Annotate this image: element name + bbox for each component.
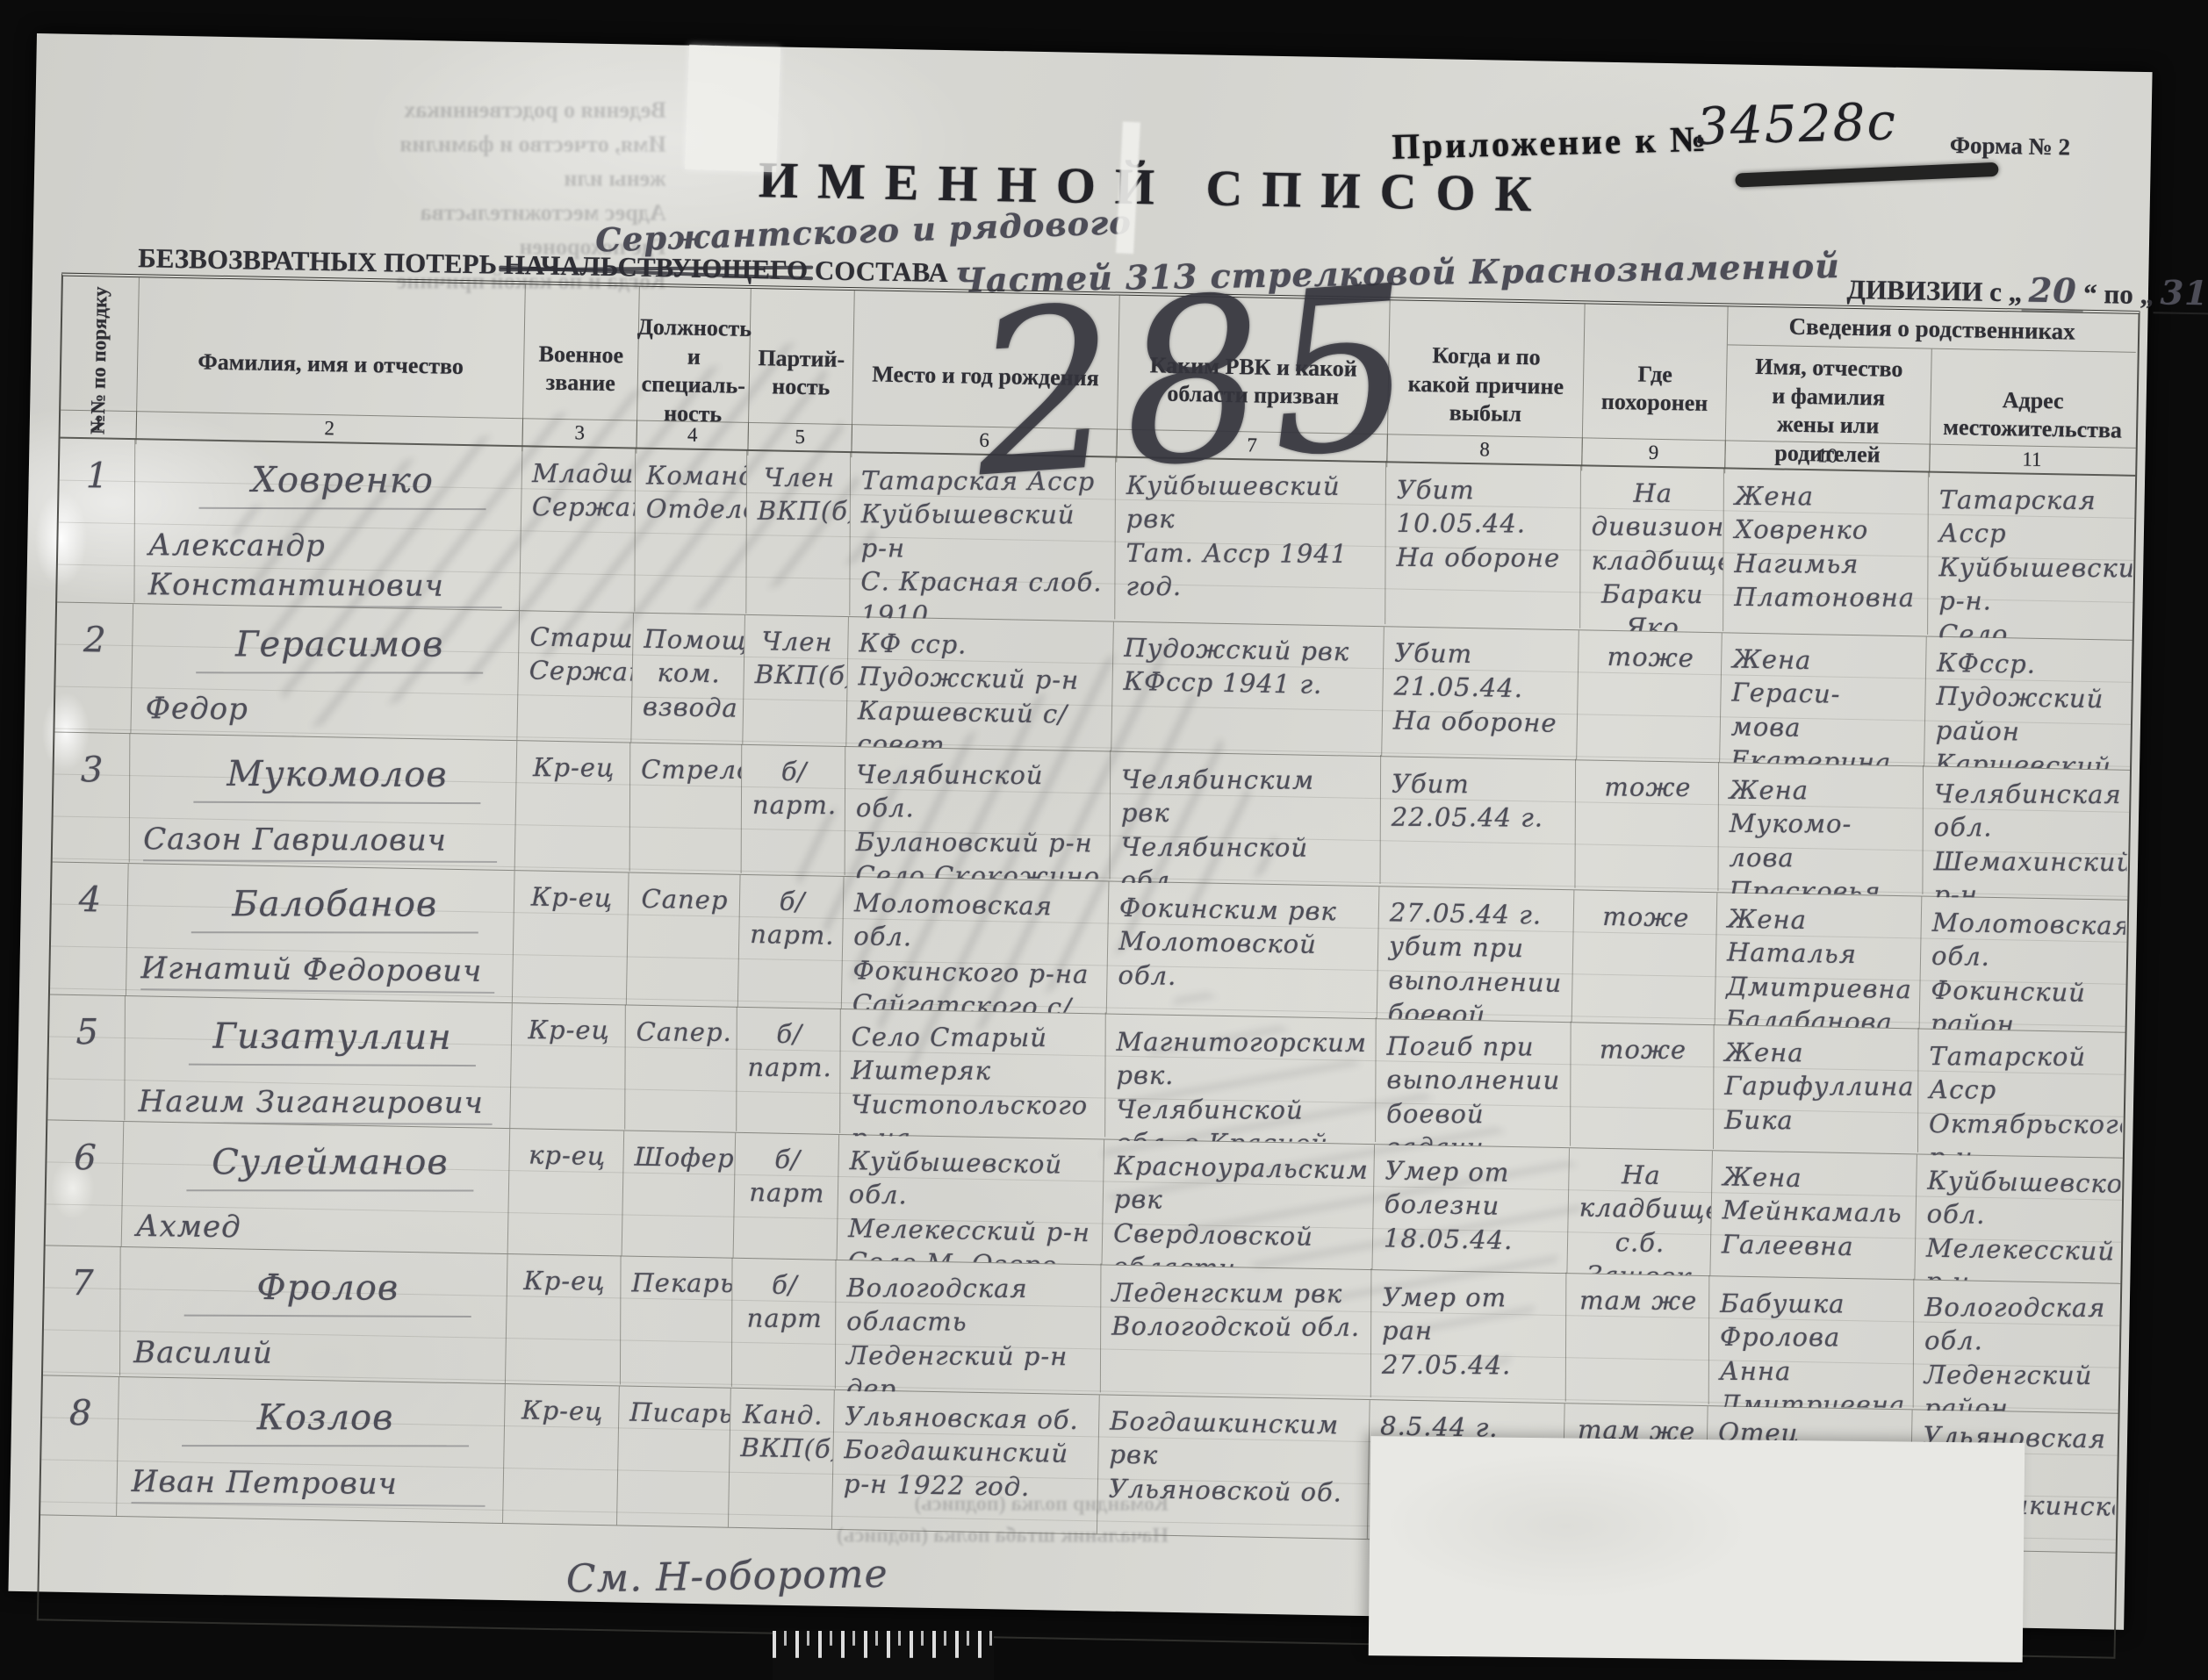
fate-cell: Погиб при выполнении боевой задачи 25.5.… bbox=[1376, 1021, 1571, 1146]
col-number-8: 8 bbox=[1387, 434, 1583, 465]
rank-cell: Кр-ец bbox=[503, 1384, 620, 1525]
given-name: Василий Александрович bbox=[133, 1333, 487, 1383]
party-cell: Член ВКП(б) bbox=[743, 615, 849, 746]
row-number: 4 bbox=[50, 862, 129, 995]
surname: Мукомолов bbox=[193, 751, 480, 804]
rank-cell: Кр-ец bbox=[511, 1004, 626, 1130]
subtitle-sostava: СОСТАВА bbox=[815, 255, 949, 288]
date-from: 20 bbox=[2022, 269, 2084, 312]
row-number: 6 bbox=[46, 1120, 125, 1246]
rank-cell: Кр-ец bbox=[516, 742, 631, 872]
given-name: Сазон Гаврилович bbox=[143, 820, 497, 863]
surname: Гизатуллин bbox=[189, 1014, 476, 1066]
birthplace-cell: Татарская Асср Куйбышевский р-н С. Красн… bbox=[850, 455, 1116, 619]
document-sheet: Ведения о родственниках Имя, отчество и … bbox=[8, 33, 2152, 1630]
birthplace-cell: Ульяновская об. Богдашкинский р-н 1922 г… bbox=[832, 1390, 1100, 1534]
date-to: 31 bbox=[2154, 272, 2208, 314]
surname: Фролов bbox=[184, 1265, 471, 1317]
rvk-cell: Челябинским рвк Челябинской обл. в 1942 … bbox=[1111, 754, 1382, 884]
burial-cell: На кладбище с.б. Зашеек юж. бер. Бесовка… bbox=[1567, 1148, 1713, 1275]
col-number-4: 4 bbox=[637, 421, 749, 450]
position-cell: Шофер bbox=[622, 1131, 737, 1257]
burial-cell: тоже bbox=[1572, 890, 1718, 1024]
rvk-cell: Магнитогорским рвк. Челябинской обл. в К… bbox=[1105, 1016, 1377, 1142]
name-cell: МукомоловСазон Гаврилович bbox=[129, 734, 518, 870]
surname: Сулейманов bbox=[186, 1139, 473, 1191]
given-name: Федор Александрович bbox=[145, 689, 500, 740]
address-cell: Вологодская обл. Леденгский район Дер. Д… bbox=[1914, 1282, 2118, 1411]
see-reverse-note: См. Н-обороте bbox=[566, 1552, 888, 1602]
address-cell: Татарской Асср Октябрьского р-н Старо-Иш… bbox=[1918, 1030, 2123, 1156]
col-number-5: 5 bbox=[748, 423, 852, 452]
birthplace-cell: Молотовская обл. Фокинского р-на Сайгатс… bbox=[842, 877, 1110, 1014]
birthplace-cell: Челябинской обл. Булановский р-н Село Ск… bbox=[845, 749, 1111, 879]
address-cell: КФсср. Пудожский район Каршевский с/сове… bbox=[1924, 637, 2131, 770]
subtitle-prefix: БЕЗВОЗВРАТНЫХ ПОТЕРЬ bbox=[138, 242, 497, 279]
surname: Ховренко bbox=[199, 457, 486, 510]
address-cell: Молотовская обл. Фокинский район Сайгатс… bbox=[1920, 897, 2126, 1032]
name-cell: ХовренкоАлександр Константинович bbox=[133, 440, 522, 610]
party-cell: б/парт bbox=[734, 1133, 840, 1260]
col-number-11: 11 bbox=[1930, 445, 2134, 476]
overlapping-sheet bbox=[1369, 1436, 2025, 1662]
family-cell: Бабушка Фролова Анна Дмитриевна. bbox=[1709, 1278, 1915, 1408]
table-body: 1ХовренкоАлександр КонстантиновичМладш. … bbox=[40, 439, 2135, 1554]
party-cell: б/парт. bbox=[738, 875, 845, 1009]
position-cell: Сапер. bbox=[625, 1006, 737, 1131]
given-name: Игнатий Федорович bbox=[140, 949, 494, 994]
row-number: 1 bbox=[58, 439, 135, 602]
party-cell: Канд. ВКП(б) bbox=[729, 1389, 835, 1529]
position-cell: Помощник ком. взвода bbox=[631, 614, 745, 744]
scale-ruler bbox=[773, 1631, 994, 1680]
name-cell: ГерасимовФедор Александрович bbox=[131, 604, 520, 740]
scan-stage: Ведения о родственниках Имя, отчество и … bbox=[0, 0, 2208, 1680]
appendix-stamp: Приложение к №34528с bbox=[1391, 98, 1897, 171]
given-name: Нагим Зигангирович bbox=[139, 1082, 493, 1125]
family-cell: Жена Гарифуллина Бика bbox=[1714, 1027, 1919, 1152]
name-cell: КозловИван Петрович bbox=[117, 1377, 506, 1523]
burial-cell: там же bbox=[1566, 1274, 1710, 1404]
surname: Балобанов bbox=[191, 881, 478, 933]
fate-cell: Умер от болезни 18.05.44. bbox=[1372, 1145, 1570, 1273]
division-word: ДИВИЗИИ с „ bbox=[1846, 274, 2022, 308]
birthplace-cell: КФ сср. Пудожский р-н Каршевский с/совет… bbox=[846, 617, 1114, 751]
surname: Герасимов bbox=[196, 621, 483, 673]
family-cell: Жена Наталья Дмитриевна Балабанова bbox=[1715, 893, 1923, 1028]
name-cell: ФроловВасилий Александрович bbox=[119, 1247, 508, 1383]
name-cell: СулеймановАхмед Валишхалович bbox=[122, 1122, 511, 1253]
rank-cell: Кр-ец bbox=[513, 871, 629, 1004]
form-number: Форма № 2 bbox=[1950, 132, 2071, 162]
ink-smear bbox=[1735, 162, 1998, 188]
given-name: Ахмед Валишхалович bbox=[135, 1207, 490, 1253]
rvk-cell: Куйбышевский рвк Тат. Асср 1941 год. bbox=[1115, 460, 1386, 624]
position-cell: Сапер bbox=[627, 873, 741, 1007]
family-cell: Жена Мейнкамаль Галеевна bbox=[1710, 1151, 1917, 1279]
family-cell: Жена Гераси- мова Екатерина Васильевна bbox=[1720, 633, 1927, 765]
position-cell: Командир Отделения bbox=[635, 449, 747, 614]
rank-cell: Старш. Сержант bbox=[517, 611, 634, 742]
row-number: 3 bbox=[54, 733, 131, 862]
tape-strip bbox=[685, 45, 780, 173]
family-cell: Жена Ховренко Нагимья Платоновна bbox=[1723, 470, 1929, 635]
rank-cell: Кр-ец bbox=[507, 1255, 622, 1385]
col-number-9: 9 bbox=[1582, 438, 1726, 468]
col-header-index-label: №№ по порядку bbox=[85, 286, 113, 434]
party-cell: б/парт bbox=[732, 1260, 837, 1389]
birthplace-cell: Куйбышевской обл. Мелекесский р-н Село М… bbox=[838, 1135, 1105, 1265]
row-number: 5 bbox=[48, 995, 126, 1120]
appendix-number: 34528с bbox=[1695, 91, 1898, 156]
address-cell: Челябинская обл. Шемахинский р-н Чурукши… bbox=[1923, 768, 2127, 898]
row-number: 7 bbox=[44, 1246, 121, 1375]
given-name: Александр Константинович bbox=[148, 526, 502, 608]
position-cell: Пекарь. bbox=[621, 1257, 733, 1387]
burial-cell: тоже bbox=[1577, 630, 1723, 762]
party-cell: Член ВКП(б) bbox=[746, 452, 851, 616]
given-name: Иван Петрович bbox=[132, 1462, 485, 1507]
fold-streak bbox=[1116, 121, 1140, 254]
rvk-cell: Богдашкинским рвк Ульяновской об. bbox=[1097, 1395, 1370, 1539]
rank-cell: Младш. Сержант bbox=[521, 448, 636, 612]
party-cell: б/парт. bbox=[742, 746, 846, 876]
name-cell: БалобановИгнатий Федорович bbox=[126, 864, 515, 1002]
family-cell: Жена Мукомо- лова Прасковья Кимовна bbox=[1718, 765, 1924, 894]
name-cell: ГизатуллинНагим Зигангирович bbox=[124, 996, 513, 1128]
fate-cell: Убит 21.05.44. На обороне bbox=[1382, 627, 1579, 759]
rank-cell: кр-ец bbox=[508, 1129, 625, 1255]
rvk-cell: Красноуральским рвк Свердловской области… bbox=[1103, 1139, 1376, 1269]
party-cell: б/парт. bbox=[737, 1009, 841, 1134]
row-number: 2 bbox=[54, 603, 133, 734]
col-number-10: 10 bbox=[1725, 441, 1931, 471]
rvk-cell: Пудожский рвк КФсср 1941 г. bbox=[1111, 622, 1384, 757]
birthplace-cell: Село Старый Иштеряк Чистопольского р-на … bbox=[840, 1011, 1106, 1137]
po-word: “ по „ bbox=[2083, 278, 2154, 310]
burial-cell: На дивизион. кладбище Бараки Яко вост. г… bbox=[1580, 467, 1724, 631]
fate-cell: Умер от ран 27.05.44. bbox=[1371, 1272, 1567, 1402]
col-number-7: 7 bbox=[1117, 430, 1388, 462]
row-number: 8 bbox=[40, 1375, 119, 1516]
handwritten-personnel-type: Сержантского и рядового bbox=[594, 203, 1132, 260]
rvk-cell: Леденгским рвк Вологодской обл. bbox=[1101, 1267, 1372, 1397]
fate-cell: Убит 10.05.44. На обороне bbox=[1385, 464, 1581, 628]
col-number-3: 3 bbox=[522, 419, 637, 448]
burial-cell: тоже bbox=[1571, 1023, 1715, 1149]
burial-cell: тоже bbox=[1575, 761, 1719, 891]
address-cell: Татарская Асср Куйбышевский р-н. Село Кр… bbox=[1928, 474, 2132, 638]
birthplace-cell: Вологодская область Леденгский р-н дер. … bbox=[836, 1262, 1102, 1392]
surname: Козлов bbox=[182, 1395, 469, 1447]
fate-cell: Убит 22.05.44 г. bbox=[1380, 758, 1576, 888]
position-cell: Стрелок bbox=[630, 743, 743, 873]
fate-cell: 27.05.44 г. убит при выполнении боевой з… bbox=[1377, 887, 1575, 1022]
col-number-6: 6 bbox=[852, 425, 1118, 456]
appendix-stamp-label: Приложение к № bbox=[1392, 118, 1709, 167]
position-cell: Писарь bbox=[617, 1386, 731, 1526]
rvk-cell: Фокинским рвк Молотовской обл. bbox=[1107, 882, 1380, 1019]
address-cell: Куйбышевской обл. Мелекесский р-н С. М-О… bbox=[1915, 1154, 2121, 1282]
